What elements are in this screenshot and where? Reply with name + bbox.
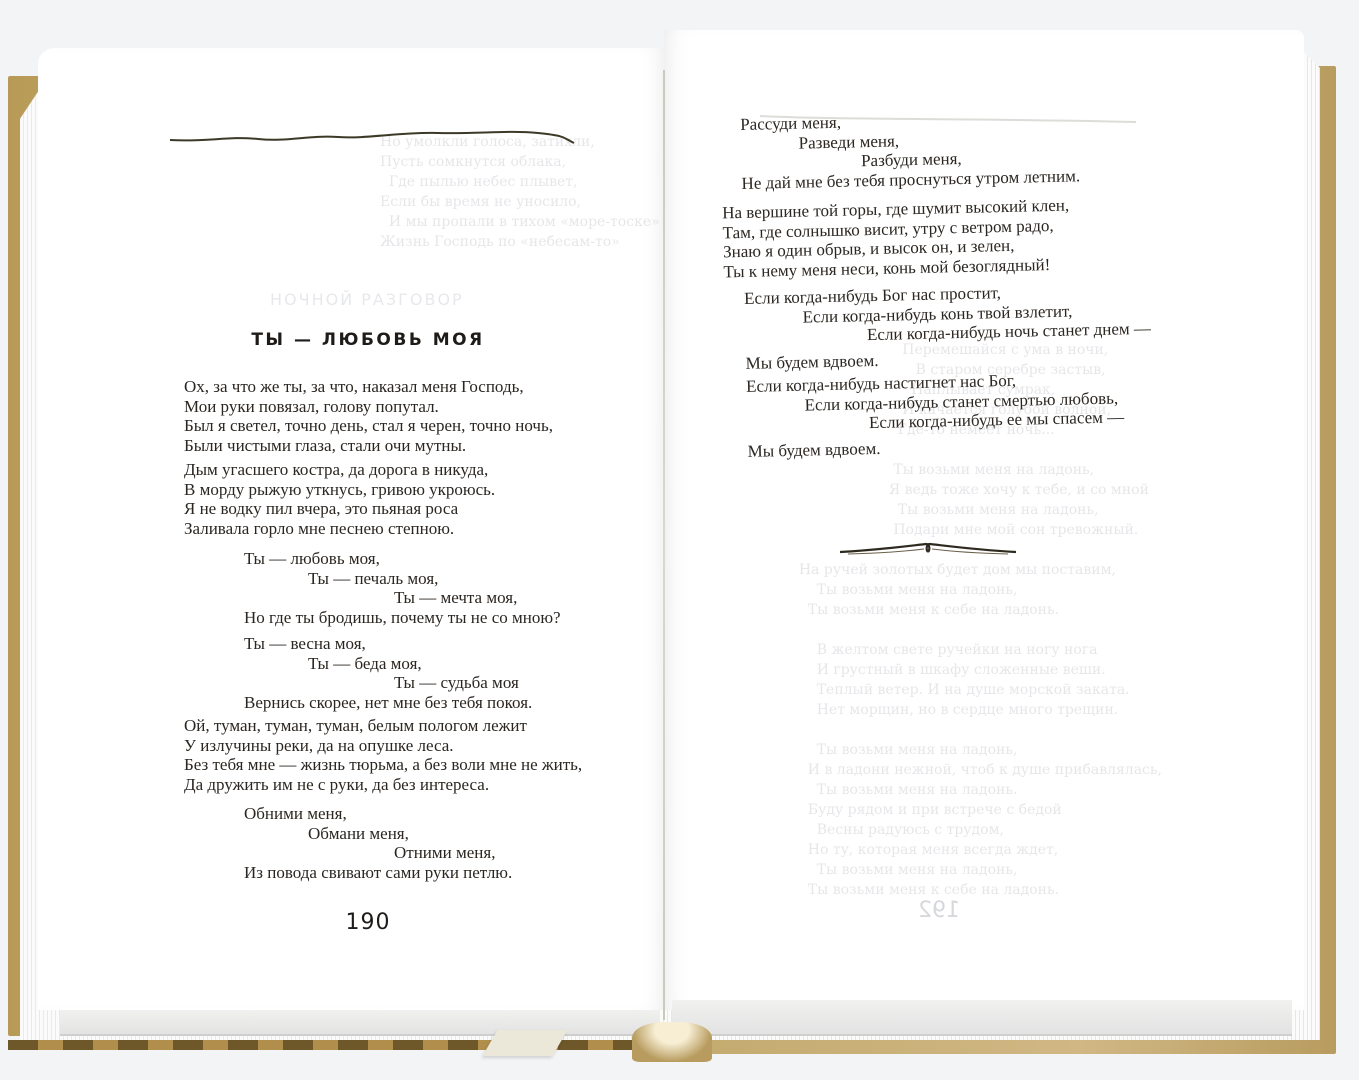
book-headband (632, 1022, 712, 1062)
poem-title: ТЫ — ЛЮБОВЬ МОЯ (168, 330, 568, 350)
verse-line: Из повода свивают сами руки петлю. (244, 863, 512, 883)
verse-line: Заливала горло мне песнею степною. (184, 519, 495, 539)
verse-line: Да дружить им не с руки, да без интереса… (184, 775, 582, 795)
page-bottom-edge-right (672, 1000, 1292, 1036)
stanza: Если когда-нибудь настигнет нас Бог, Есл… (746, 368, 1125, 461)
stanza: Рассуди меня, Разведи меня, Разбуди меня… (740, 107, 1080, 193)
verse-line: Ты — судьба моя (244, 673, 532, 693)
verse-line: Ты — беда моя, (244, 654, 532, 674)
page-number: 190 (318, 910, 418, 935)
verse-line: Ты — мечта моя, (244, 588, 561, 608)
page-bottom-edge-left (60, 1010, 660, 1036)
stanza: Дым угасшего костра, да дорога в никуда,… (184, 460, 495, 538)
verse-line: В морду рыжую уткнусь, гривою укроюсь. (184, 480, 495, 500)
bookmark-ribbon (482, 1030, 567, 1056)
stanza: На вершине той горы, где шумит высокий к… (722, 196, 1071, 282)
scroll-flourish-ornament-icon (838, 538, 1018, 562)
verse-line: Был я светел, точно день, стал я черен, … (184, 416, 553, 436)
verse-line: Без тебя мне — жизнь тюрьма, а без воли … (184, 755, 582, 775)
chorus-stanza: Обними меня, Обмани меня, Отними меня, И… (244, 804, 512, 882)
verse-line: Дым угасшего костра, да дорога в никуда, (184, 460, 495, 480)
chorus-stanza: Ты — весна моя, Ты — беда моя, Ты — судь… (244, 634, 532, 712)
verse-line: Ты — весна моя, (244, 634, 532, 654)
verse-line: Вернись скорее, нет мне без тебя покоя. (244, 693, 532, 713)
show-through-heading: НОЧНОЙ РАЗГОВОР (270, 290, 464, 309)
show-through-text: На ручей золотых будет дом мы поставим, … (790, 560, 1162, 900)
verse-line: Обмани меня, (244, 824, 512, 844)
stanza: Если когда-нибудь Бог нас простит, Если … (744, 280, 1152, 374)
verse-line: Ты — печаль моя, (244, 569, 561, 589)
verse-line: Но где ты бродишь, почему ты не со мною? (244, 608, 561, 628)
verse-line: Ох, за что же ты, за что, наказал меня Г… (184, 377, 553, 397)
stanza: Ох, за что же ты, за что, наказал меня Г… (184, 377, 553, 455)
show-through-page-number: 192 (918, 898, 960, 923)
chorus-stanza: Ты — любовь моя, Ты — печаль моя, Ты — м… (244, 549, 561, 627)
stanza: Ой, туман, туман, туман, белым пологом л… (184, 716, 582, 794)
wavy-line-ornament-icon (168, 124, 578, 150)
verse-line: У излучины реки, да на опушке леса. (184, 736, 582, 756)
show-through-text: Но умолкли голоса, затихли, Пусть сомкну… (380, 132, 660, 252)
verse-line: Ты — любовь моя, (244, 549, 561, 569)
book-gutter (663, 70, 665, 1020)
verse-line: Ой, туман, туман, туман, белым пологом л… (184, 716, 582, 736)
verse-line: Я не водку пил вчера, это пьяная роса (184, 499, 495, 519)
verse-line: Были чистыми глаза, стали очи мутны. (184, 436, 553, 456)
verse-line: Отними меня, (244, 843, 512, 863)
verse-line: Мои руки повязал, голову попутал. (184, 397, 553, 417)
verse-line: Обними меня, (244, 804, 512, 824)
